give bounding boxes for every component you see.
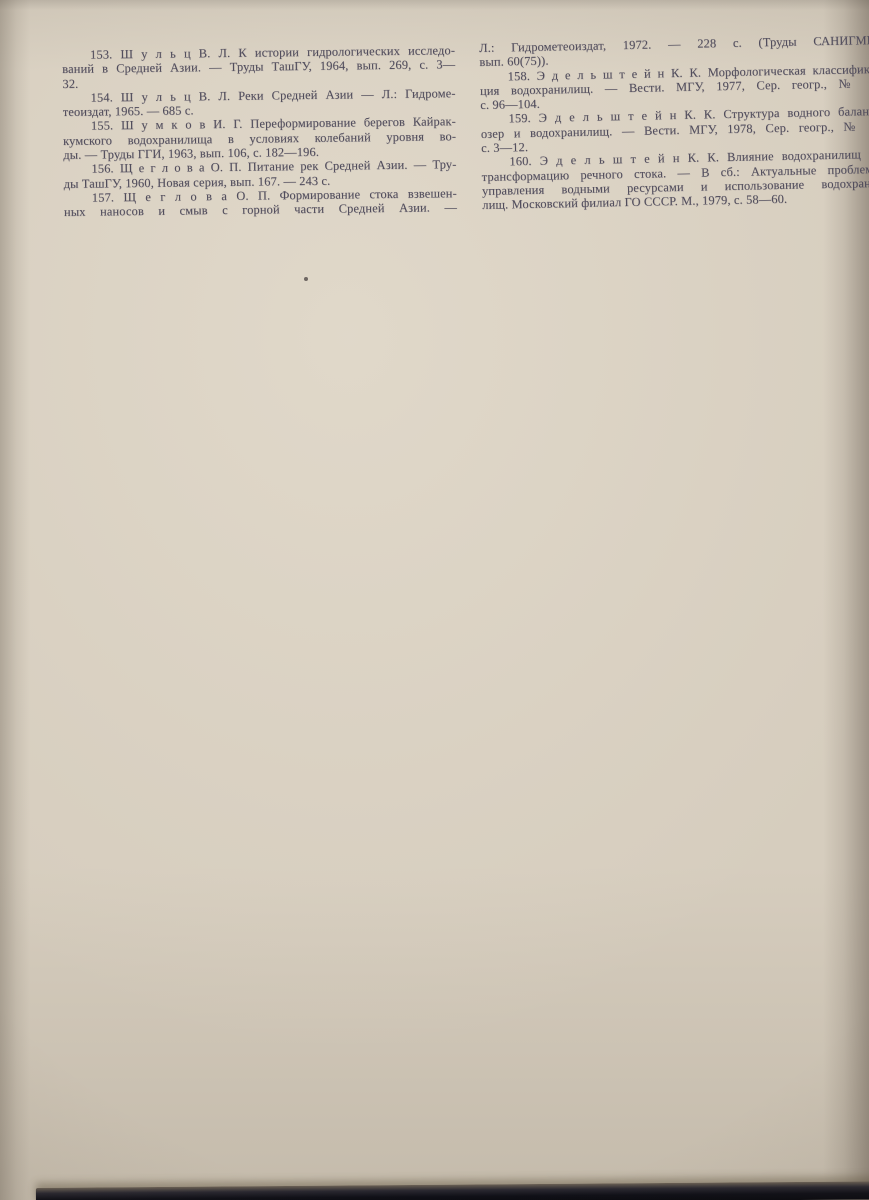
left-edge-shadow [0, 0, 30, 1200]
paper-speck [304, 277, 308, 281]
top-edge-shadow [0, 0, 869, 10]
scan-bottom-edge [36, 1181, 869, 1200]
bibliography-column-left: 153. Ш у л ь ц В. Л. К истории гидрологи… [62, 43, 457, 219]
scanned-page: 153. Ш у л ь ц В. Л. К истории гидрологи… [0, 0, 869, 1200]
bibliography-column-right: Л.: Гидрометеоиздат, 1972. — 228 с. (Тру… [479, 33, 869, 213]
